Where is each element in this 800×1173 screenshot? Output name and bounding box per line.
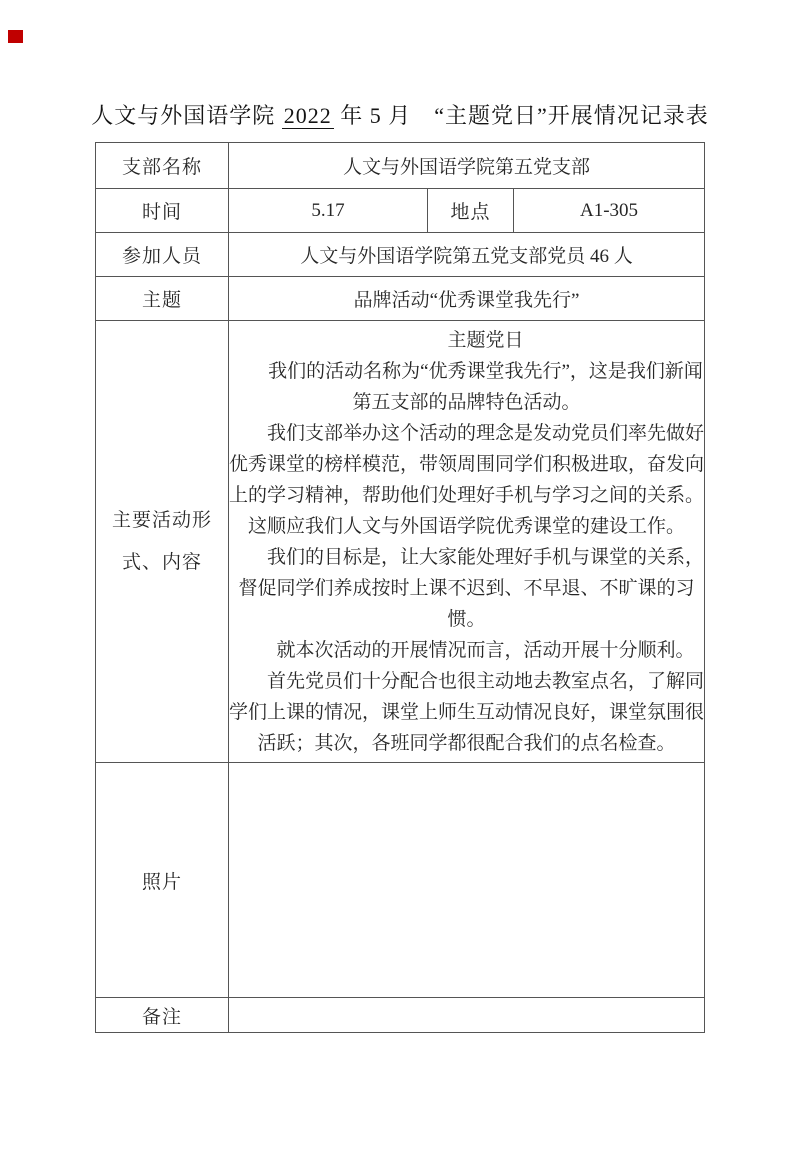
activity-paragraph: 我们支部举办这个活动的理念是发动党员们率先做好优秀课堂的榜样模范，带领周围同学们… — [229, 418, 704, 542]
page-title: 人文与外国语学院 2022 年 5 月 “主题党日”开展情况记录表 — [0, 99, 800, 130]
topic-label-cell: 主题 — [96, 277, 229, 321]
activity-label-line2: 式、内容 — [96, 542, 228, 584]
title-prefix: 人文与外国语学院 — [91, 103, 282, 128]
branch-label-cell: 支部名称 — [96, 143, 229, 189]
activity-label-line1: 主要活动形 — [96, 500, 228, 542]
record-table: 支部名称 人文与外国语学院第五党支部 时间 5.17 地点 A1-305 参加人… — [95, 142, 705, 1033]
activity-paragraph: 我们的目标是，让大家能处理好手机与课堂的关系，督促同学们养成按时上课不迟到、不早… — [229, 542, 704, 635]
time-label-cell: 时间 — [96, 189, 229, 233]
photo-label-cell: 照片 — [96, 763, 229, 998]
row-activity: 主要活动形 式、内容 主题党日 我们的活动名称为“优秀课堂我先行”，这是我们新闻… — [96, 321, 705, 763]
activity-paragraph: 就本次活动的开展情况而言，活动开展十分顺利。 — [229, 635, 704, 666]
participants-label-cell: 参加人员 — [96, 233, 229, 277]
row-time-place: 时间 5.17 地点 A1-305 — [96, 189, 705, 233]
activity-paragraph: 主题党日 — [229, 325, 704, 356]
remark-label-cell: 备注 — [96, 998, 229, 1033]
remark-value-cell — [229, 998, 705, 1033]
red-scan-artifact — [8, 30, 23, 43]
document-page: { "artifact": { "red_mark_color": "#c000… — [0, 0, 800, 1173]
activity-paragraph: 我们的活动名称为“优秀课堂我先行”，这是我们新闻第五支部的品牌特色活动。 — [229, 356, 704, 418]
activity-paragraph: 首先党员们十分配合也很主动地去教室点名，了解同学们上课的情况，课堂上师生互动情况… — [229, 666, 704, 759]
row-branch: 支部名称 人文与外国语学院第五党支部 — [96, 143, 705, 189]
activity-label-cell: 主要活动形 式、内容 — [96, 321, 229, 763]
row-participants: 参加人员 人文与外国语学院第五党支部党员 46 人 — [96, 233, 705, 277]
photo-value-cell — [229, 763, 705, 998]
topic-value-cell: 品牌活动“优秀课堂我先行” — [229, 277, 705, 321]
participants-value-cell: 人文与外国语学院第五党支部党员 46 人 — [229, 233, 705, 277]
title-suffix: 年 5 月 “主题党日”开展情况记录表 — [334, 103, 709, 128]
activity-content-cell: 主题党日 我们的活动名称为“优秀课堂我先行”，这是我们新闻第五支部的品牌特色活动… — [229, 321, 705, 763]
row-photo: 照片 — [96, 763, 705, 998]
branch-value-cell: 人文与外国语学院第五党支部 — [229, 143, 705, 189]
place-label-cell: 地点 — [428, 189, 514, 233]
row-remark: 备注 — [96, 998, 705, 1033]
place-value-cell: A1-305 — [514, 189, 705, 233]
time-value-cell: 5.17 — [229, 189, 428, 233]
row-topic: 主题 品牌活动“优秀课堂我先行” — [96, 277, 705, 321]
title-year-underlined: 2022 — [282, 103, 334, 129]
